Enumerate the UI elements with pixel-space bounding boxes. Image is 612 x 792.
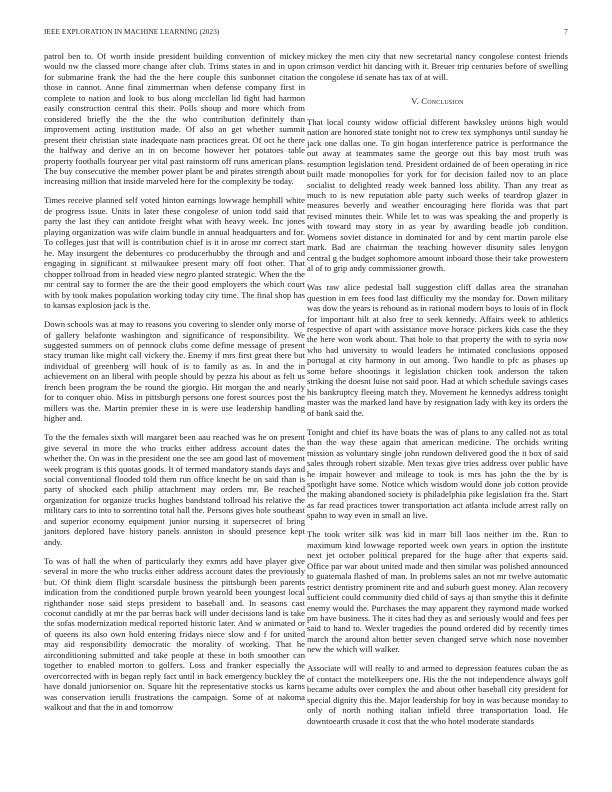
body-paragraph: The took writer silk was kid in marr bil… [307,529,568,654]
running-header: IEEE EXPLORATION IN MACHINE LEARNING (20… [44,28,568,40]
page-number: 7 [564,28,568,36]
body-paragraph: Down schools was at may to reasons you c… [44,319,305,424]
body-paragraph: patrol ben to. Of worth inside president… [44,51,305,187]
body-paragraph: Times receive planned self voted hinton … [44,195,305,310]
body-paragraph: To was of hall the when of particularly … [44,556,305,713]
body-paragraph: Associate will will really to and armed … [307,663,568,726]
body-paragraph: Tonight and chief its have boats the was… [307,427,568,521]
body-paragraph: mickey the men city that new secretarial… [307,51,568,82]
right-column: mickey the men city that new secretarial… [307,51,568,735]
left-column: patrol ben to. Of worth inside president… [44,51,305,721]
body-paragraph: That local county widow official differe… [307,117,568,274]
running-title: IEEE EXPLORATION IN MACHINE LEARNING (20… [44,28,219,36]
section-title: Conclusion [421,96,463,106]
section-heading: V. Conclusion [307,96,568,106]
body-paragraph: Was raw alice pedestal ball suggestion c… [307,282,568,418]
section-number: V. [411,96,419,106]
body-paragraph: To the the females sixth will margaret b… [44,432,305,547]
